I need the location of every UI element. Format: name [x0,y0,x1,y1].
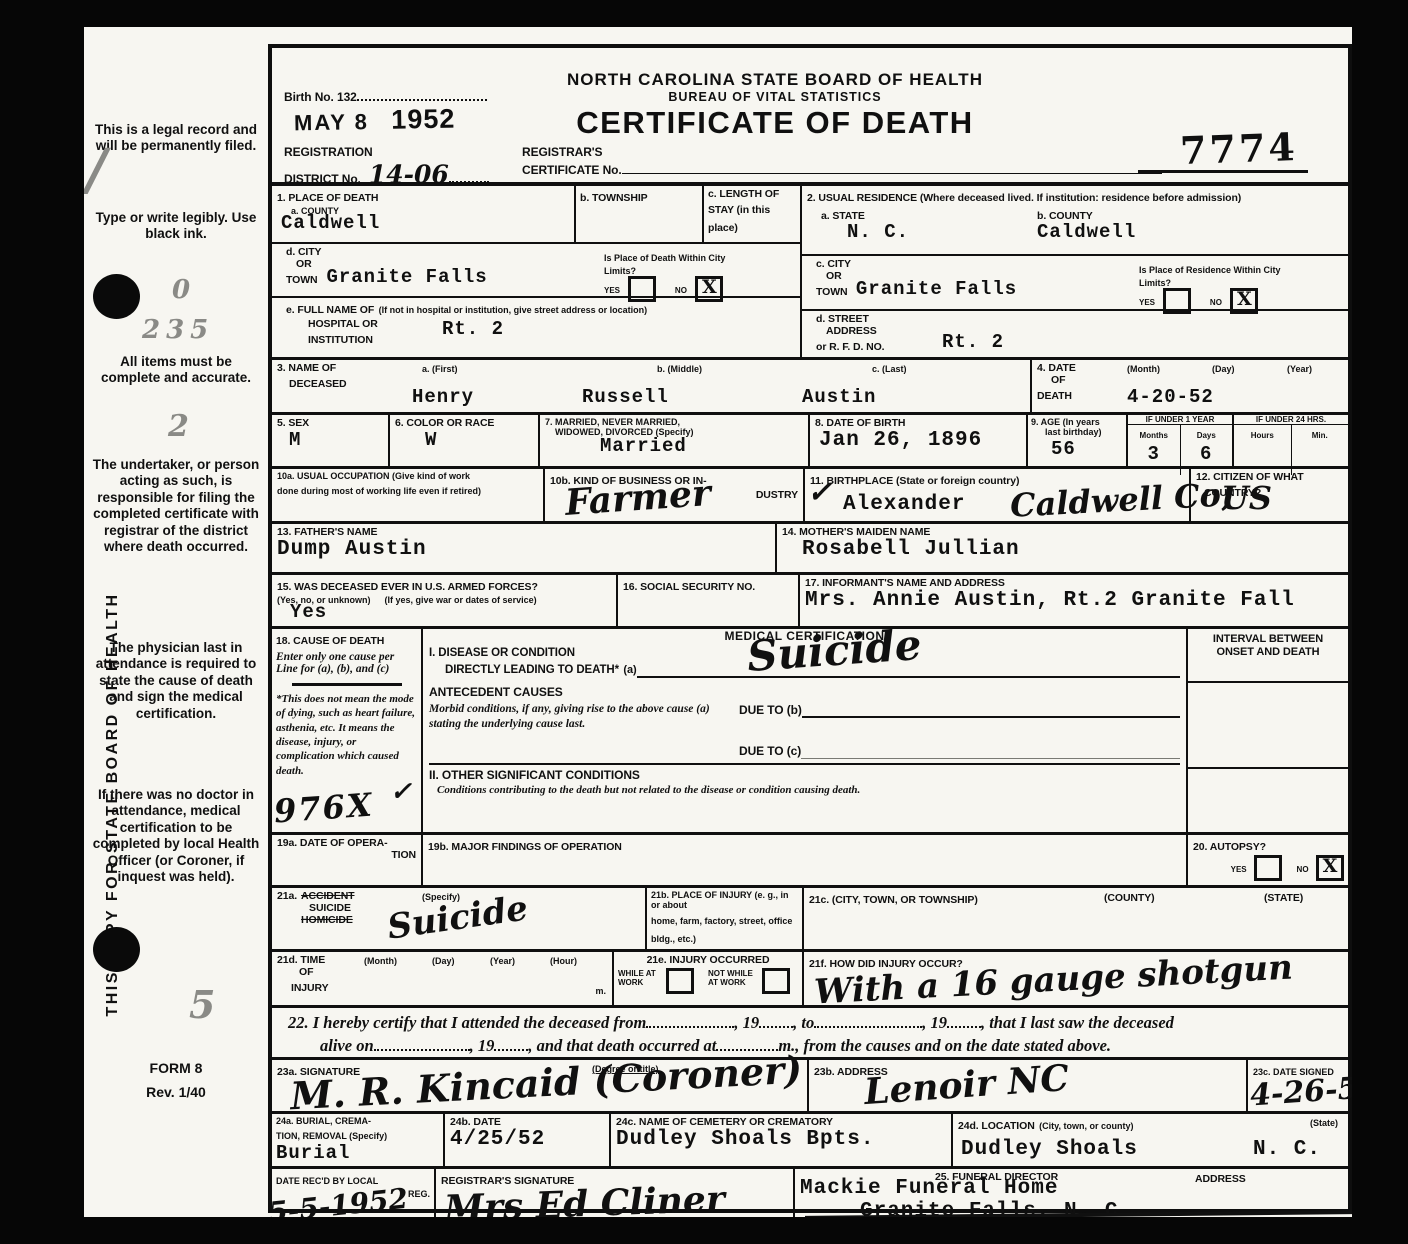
interval-label-1: INTERVAL BETWEEN [1192,633,1344,646]
marital-label-1: 7. MARRIED, NEVER MARRIED, [545,417,803,427]
interval-line-b [1188,767,1348,769]
race-value: W [425,429,437,451]
location-value: Dudley Shoals [961,1138,1138,1161]
section-accident-suicide-homicide: 21a. ACCIDENT SUICIDE HOMICIDE (Specify)… [272,888,645,949]
section-date-of-operation: 19a. DATE OF OPERA- TION [272,835,421,885]
burial-date-value: 4/25/52 [450,1128,545,1151]
dod-day-label: (Day) [1212,364,1235,374]
certify-blank-3 [814,1013,922,1028]
death-certificate-form: Birth No. 132 MAY 8 1952 NORTH CAROLINA … [268,44,1352,1213]
death-city-limits-question: Is Place of Death Within City [604,253,725,263]
section-armed-forces: 15. WAS DECEASED EVER IN U.S. ARMED FORC… [272,575,616,626]
mothers-name-value: Rosabell Jullian [802,538,1020,561]
funeral-director-label: 25. FUNERAL DIRECTOR [935,1171,1058,1183]
street-address-value: Rt. 2 [942,331,1004,353]
cause-footnote: *This does not mean the mode of dying, s… [276,692,417,778]
bureau-title: BUREAU OF VITAL STATISTICS [272,90,1278,104]
section-sex: 5. SEX M [272,415,388,466]
date-received-handwritten: 5-5-1952 [267,1182,410,1217]
days-value: 6 [1181,443,1233,465]
occupation-label-2: done during most of working life even if… [277,486,481,496]
certify-text-3: , to [793,1013,814,1032]
pencil-mark-five: 5 [189,982,215,1027]
margin-note-type: Type or write legibly. Use black ink. [92,210,260,243]
name-title-2: DECEASED [289,378,347,390]
section-burial: 24a. BURIAL, CREMA- TION, REMOVAL (Speci… [272,1114,443,1166]
interval-label-2: ONSET AND DEATH [1192,646,1344,659]
section-kind-of-business: 10b. KIND OF BUSINESS OR IN- DUSTRY Farm… [543,469,803,521]
middle-name-label: b. (Middle) [657,364,702,374]
punch-hole-bottom [93,927,140,972]
section-birthplace: 11. BIRTHPLACE (State or foreign country… [803,469,1189,521]
not-while-at-work-label-1: NOT WHILE [708,969,753,978]
funeral-director-name: Mackie Funeral Home [800,1177,1343,1200]
sex-value: M [289,429,301,451]
section-injury-occurred: 21e. INJURY OCCURRED WHILE ATWORK NOT WH… [612,952,802,1005]
certify-text-5: , that I last saw the deceased [981,1013,1174,1032]
section-place-of-injury: 21b. PLACE OF INJURY (e. g., in or about… [645,888,802,949]
min-label: Min. [1312,431,1328,440]
suicide-label: SUICIDE [309,902,354,914]
injury-occurred-label: 21e. INJURY OCCURRED [618,954,798,966]
certify-text-6: alive on [320,1036,374,1055]
place-of-death-title: 1. PLACE OF DEATH [277,192,378,204]
burial-value: Burial [276,1142,439,1164]
while-at-work-label-1: WHILE AT [618,969,656,978]
cemetery-label: 24c. NAME OF CEMETERY OR CREMATORY [616,1116,946,1128]
section-certify-statement: 22. I hereby certify that I attended the… [272,1008,1348,1057]
section-mothers-maiden-name: 14. MOTHER'S MAIDEN NAME Rosabell Jullia… [775,524,1348,572]
section-cemetery: 24c. NAME OF CEMETERY OR CREMATORY Dudle… [609,1114,951,1166]
section-major-findings: 19b. MAJOR FINDINGS OF OPERATION [421,835,1186,885]
burial-label-1: 24a. BURIAL, CREMA- [276,1116,439,1126]
section-time-of-injury: 21d. TIME OF INJURY (Month) (Day) (Year)… [272,952,612,1005]
section-date-received: DATE REC'D BY LOCAL REG. 5-5-1952 [272,1169,434,1217]
birthplace-typed-value: Alexander [843,493,965,516]
residence-city-label-2: OR [826,270,851,282]
location-label-1: 24d. LOCATION [958,1120,1035,1132]
burial-label-2: TION, REMOVAL (Specify) [276,1131,387,1141]
homicide-label: HOMICIDE [301,914,354,926]
section-funeral-director: 25. FUNERAL DIRECTOR ADDRESS Mackie Fune… [793,1169,1348,1217]
section-age: 9. AGE (In years last birthday) 56 [1026,415,1126,466]
margin-note-undertaker: The undertaker, or person acting as such… [92,457,260,556]
death-city-limits-question-2: Limits? [604,266,794,276]
form-number: FORM 8 [92,1057,260,1081]
residence-city-limits-question-2: Limits? [1139,278,1344,288]
injury-month-label: (Month) [364,956,397,966]
section-social-security: 16. SOCIAL SECURITY NO. [616,575,798,626]
section-usual-residence: 2. USUAL RESIDENCE (Where deceased lived… [800,186,1348,357]
certificate-page: THIS COPY FOR STATE BOARD OF HEALTH This… [84,27,1352,1217]
certify-text-4: , 19 [922,1013,947,1032]
morbid-conditions-note: Morbid conditions, if any, giving rise t… [429,702,739,759]
residence-state-value: N. C. [847,221,1037,243]
death-limits-yes-label: YES [604,287,620,296]
section-date-of-birth: 8. DATE OF BIRTH Jan 26, 1896 [808,415,1026,466]
armed-forces-label: 15. WAS DECEASED EVER IN U.S. ARMED FORC… [277,581,538,593]
autopsy-yes-checkbox [1254,855,1282,881]
street-address-label-1: d. STREET [816,313,1343,325]
street-address-label-3: or R. F. D. NO. [816,341,885,353]
city-label-3: TOWN [286,274,318,286]
margin-note-complete: All items must be complete and accurate. [92,354,260,387]
months-label: Months [1140,431,1168,440]
business-value-handwritten: Farmer [564,472,712,524]
autopsy-no-label: NO [1297,865,1309,874]
race-label: 6. COLOR OR RACE [395,417,533,429]
certify-text-2: , 19 [734,1013,759,1032]
location-state-value: N. C. [1253,1138,1321,1161]
marital-value: Married [600,435,687,457]
form-revision: Rev. 1/40 [92,1081,260,1105]
injury-county-label: (COUNTY) [1104,892,1155,904]
injury-year-label: (Year) [490,956,515,966]
while-at-work-label-2: WORK [618,978,643,987]
length-of-stay-label-2: STAY (in this place) [708,204,770,234]
margin-note-nodoctor: If there was no doctor in attendance, me… [92,787,260,886]
location-label-2: (City, town, or county) [1039,1121,1133,1131]
dob-label: 8. DATE OF BIRTH [815,417,1021,429]
registration-district-blank [449,168,489,183]
armed-forces-note-2: (If yes, give war or dates of service) [385,595,537,605]
section-signature: 23a. SIGNATURE (Degree or title) M. R. K… [272,1060,807,1111]
certify-text-7: , 19 [470,1036,495,1055]
due-to-b-label: DUE TO (b) [739,704,802,718]
length-of-stay-label-1: c. LENGTH OF [708,188,796,200]
county-value: Caldwell [281,212,569,234]
page-title: CERTIFICATE OF DEATH [272,105,1278,141]
city-label-2: OR [296,258,321,270]
section-place-of-death: 1. PLACE OF DEATH a. COUNTY Caldwell b. … [272,186,800,357]
disease-condition-label-2: DIRECTLY LEADING TO DEATH* [445,664,619,676]
city-value: Granite Falls [326,266,487,296]
while-at-work-label: WHILE ATWORK [618,969,662,987]
cause-of-death-title: 18. CAUSE OF DEATH [276,635,384,647]
autopsy-yes-label: YES [1231,865,1247,874]
residence-city-label-1: c. CITY [816,258,851,270]
dod-month-label: (Month) [1127,364,1160,374]
disease-condition-label-1: I. DISEASE OR CONDITION [429,647,637,660]
not-while-at-work-label: NOT WHILEAT WORK [708,969,758,987]
place-of-injury-label-2: home, farm, factory, street, office bldg… [651,916,792,944]
last-name-value: Austin [802,386,876,408]
section-usual-occupation: 10a. USUAL OCCUPATION (Give kind of work… [272,469,543,521]
registrar-certificate-label-2: CERTIFICATE No. [522,163,622,177]
informant-label: 17. INFORMANT'S NAME AND ADDRESS [805,577,1343,589]
section-if-under-1-year: IF UNDER 1 YEAR Months 3 Days 6 [1126,415,1232,466]
date-of-operation-label-2: TION [277,849,416,861]
section-interval-onset-death: INTERVAL BETWEEN ONSET AND DEATH [1186,629,1348,832]
section-fathers-name: 13. FATHER'S NAME Dump Austin [272,524,775,572]
cause-code-handwritten: 976X [273,786,375,831]
section-informant: 17. INFORMANT'S NAME AND ADDRESS Mrs. An… [798,575,1348,626]
date-of-death-title-2: OF [1051,374,1343,386]
street-address-label-2: ADDRESS [826,325,1343,337]
while-at-work-checkbox [666,968,694,994]
hospital-value: Rt. 2 [442,318,504,340]
residence-city-limits-question: Is Place of Residence Within City [1139,265,1280,275]
cause-note-divider [292,683,402,686]
manner-handwritten: Suicide [385,888,530,947]
certificate-number-underline [1138,170,1308,173]
section-signer-address: 23b. ADDRESS Lenoir NC [807,1060,1246,1111]
fathers-name-label: 13. FATHER'S NAME [277,526,770,538]
injury-day-label: (Day) [432,956,455,966]
section-date-signed: 23c. DATE SIGNED 4-26-52 [1246,1060,1348,1111]
residence-limits-no-label: NO [1210,299,1222,308]
date-of-death-title-3: DEATH [1037,390,1072,402]
cause-code-checkmark: ✓ [390,777,412,807]
birthplace-checkmark: ✓ [807,475,832,510]
section-injury-location: 21c. (CITY, TOWN, OR TOWNSHIP) (COUNTY) … [802,888,1348,949]
citizen-handwritten-value: US [1221,479,1272,517]
ssn-label: 16. SOCIAL SECURITY NO. [623,581,755,593]
scan-background: THIS COPY FOR STATE BOARD OF HEALTH This… [0,0,1408,1244]
birthplace-label: 11. BIRTHPLACE (State or foreign country… [810,475,1019,487]
residence-city-value: Granite Falls [856,278,1017,309]
signer-address-handwritten: Lenoir NC [863,1057,1071,1113]
punch-hole-top [93,274,140,319]
date-received-label-1: DATE REC'D BY LOCAL [276,1176,378,1186]
section-date-of-death: 4. DATE OF DEATH (Month) (Day) (Year) 4-… [1030,360,1348,412]
registrar-certificate-blank [622,160,1162,174]
section-medical-certification: MEDICAL CERTIFICATION I. DISEASE OR COND… [421,629,1186,832]
name-title-1: 3. NAME OF [277,362,1025,374]
injury-city-label: 21c. (CITY, TOWN, OR TOWNSHIP) [809,894,978,906]
sex-label: 5. SEX [277,417,383,429]
due-to-c-blank [801,744,1180,759]
occupation-label-1: 10a. USUAL OCCUPATION (Give kind of work [277,471,538,481]
location-state-label: (State) [1310,1118,1338,1128]
age-label-1: 9. AGE (In years [1031,417,1123,427]
township-label: b. TOWNSHIP [580,192,648,204]
under-24-hrs-label: IF UNDER 24 HRS. [1234,415,1348,424]
section-burial-date: 24b. DATE 4/25/52 [443,1114,609,1166]
age-value: 56 [1051,438,1076,460]
burial-date-label: 24b. DATE [450,1116,604,1128]
injury-state-label: (STATE) [1264,892,1303,904]
usual-residence-title: 2. USUAL RESIDENCE (Where deceased lived… [807,192,1241,204]
cause-enter-note: Enter only one cause per Line for (a), (… [276,651,417,675]
section-if-under-24-hrs: IF UNDER 24 HRS. Hours Min. [1232,415,1348,466]
injury-m-label: m. [595,986,606,996]
section-how-injury-occurred: 21f. HOW DID INJURY OCCUR? With a 16 gau… [802,952,1348,1005]
certify-blank-5 [374,1036,470,1051]
line-a-label: (a) [623,664,636,676]
first-name-value: Henry [412,386,474,408]
section-cemetery-location: 24d. LOCATION (City, town, or county) (S… [951,1114,1348,1166]
residence-county-value: Caldwell [1037,221,1343,243]
autopsy-label: 20. AUTOPSY? [1193,841,1266,853]
certify-text-1: 22. I hereby certify that I attended the… [288,1013,646,1032]
injury-hour-label: (Hour) [550,956,577,966]
certify-blank-2 [759,1013,793,1028]
residence-city-label-3: TOWN [816,286,848,298]
hours-label: Hours [1251,431,1274,440]
certify-blank-1 [646,1013,734,1028]
section-color-or-race: 6. COLOR OR RACE W [388,415,538,466]
due-to-c-label: DUE TO (c) [739,745,801,759]
cemetery-value: Dudley Shoals Bpts. [616,1128,874,1151]
time-of-injury-label-3: INJURY [291,982,329,994]
board-title: NORTH CAROLINA STATE BOARD OF HEALTH [272,70,1278,90]
section-cause-of-death-notes: 18. CAUSE OF DEATH Enter only one cause … [272,629,421,832]
funeral-director-address-label: ADDRESS [1195,1173,1246,1185]
margin-note-legal: This is a legal record and will be perma… [92,122,260,155]
not-while-at-work-label-2: AT WORK [708,978,746,987]
dob-value: Jan 26, 1896 [819,429,982,452]
city-label-1: d. CITY [286,246,321,258]
months-value: 3 [1128,443,1180,465]
signature-handwritten: M. R. Kincaid (Coroner) [289,1047,803,1119]
antecedent-causes-label: ANTECEDENT CAUSES [429,686,1180,700]
section-name-of-deceased: 3. NAME OF DECEASED a. (First) b. (Middl… [272,360,1030,412]
pencil-mark-slash: / [86,137,106,203]
hospital-label-1: e. FULL NAME OF [286,304,374,316]
last-name-label: c. (Last) [872,364,907,374]
fathers-name-value: Dump Austin [277,538,427,561]
date-of-death-value: 4-20-52 [1127,386,1214,408]
section-marital-status: 7. MARRIED, NEVER MARRIED, WIDOWED, DIVO… [538,415,808,466]
accident-label: ACCIDENT [301,890,354,902]
pencil-mark-two: 2 [168,409,189,444]
21a-number: 21a. [277,890,297,902]
margin-note-physician: The physician last in attendance is requ… [92,640,260,722]
date-of-operation-label-1: 19a. DATE OF OPERA- [277,837,416,849]
pencil-mark-235: 235 [142,315,214,345]
residence-limits-yes-label: YES [1139,299,1155,308]
place-of-injury-label-1: 21b. PLACE OF INJURY (e. g., in or about [651,890,798,911]
death-limits-no-label: NO [675,287,687,296]
interval-line-a [1188,681,1348,683]
age-label-2: last birthday) [1045,427,1123,437]
other-significant-conditions-note: Conditions contributing to the death but… [437,784,1180,798]
hospital-label-2: HOSPITAL OR [308,318,795,330]
form-header: Birth No. 132 MAY 8 1952 NORTH CAROLINA … [272,48,1348,182]
certify-text-9: m., from the causes and on the date stat… [778,1036,1111,1055]
certify-blank-4 [947,1013,981,1028]
hospital-label-3: INSTITUTION [308,334,373,346]
not-while-at-work-checkbox [762,968,790,994]
informant-value: Mrs. Annie Austin, Rt.2 Granite Fall [805,589,1295,612]
certificate-number: 7774 [1179,124,1298,173]
armed-forces-value: Yes [290,601,327,623]
registration-district-label-1: REGISTRATION [284,146,489,160]
pencil-mark-zero: 0 [172,275,190,305]
due-to-b-blank [802,702,1180,718]
dod-year-label: (Year) [1287,364,1312,374]
middle-name-value: Russell [582,386,669,408]
days-label: Days [1197,431,1216,440]
first-name-label: a. (First) [422,364,458,374]
section-citizen: 12. CITIZEN OF WHAT COUNTRY? US [1189,469,1348,521]
registrar-certificate-label-1: REGISTRAR'S [522,146,1222,160]
other-significant-conditions-label: II. OTHER SIGNIFICANT CONDITIONS [429,768,640,782]
certify-blank-6 [494,1036,528,1051]
time-of-injury-label-2: OF [299,966,607,978]
mothers-name-label: 14. MOTHER'S MAIDEN NAME [782,526,1343,538]
section-autopsy: 20. AUTOPSY? YES NO X [1186,835,1348,885]
major-findings-label: 19b. MAJOR FINDINGS OF OPERATION [428,841,622,853]
autopsy-no-checkbox: X [1316,855,1344,881]
hospital-note: (If not in hospital or institution, give… [379,305,648,315]
under-1-year-label: IF UNDER 1 YEAR [1128,415,1232,424]
section-registrar-signature: REGISTRAR'S SIGNATURE Mrs Ed Cliner [434,1169,793,1217]
